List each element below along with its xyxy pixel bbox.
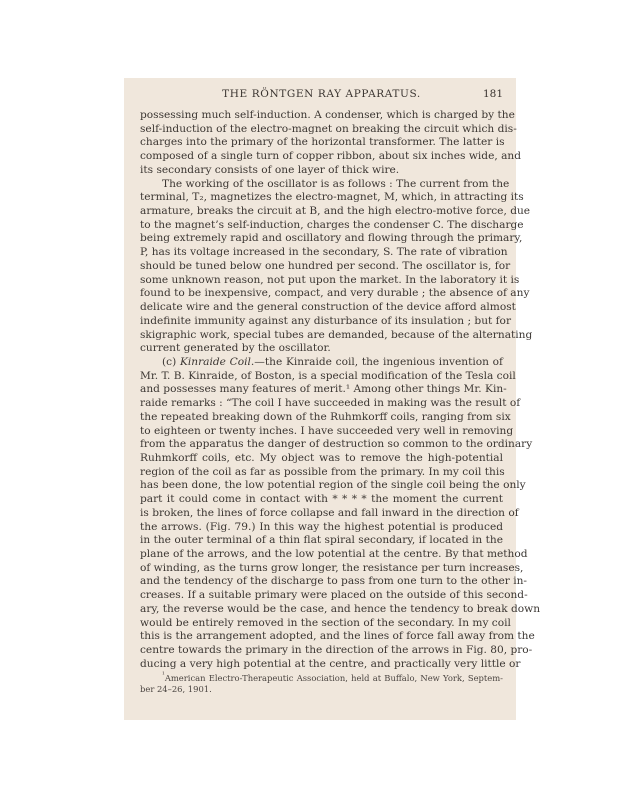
text-line: P, has its voltage increased in the seco… xyxy=(140,246,503,260)
text-line: has been done, the low potential region … xyxy=(140,479,503,493)
text-line: would be entirely removed in the section… xyxy=(140,617,503,631)
text-line: this is the arrangement adopted, and the… xyxy=(140,630,503,644)
text-line: composed of a single turn of copper ribb… xyxy=(140,150,503,164)
text-line: the Kinraide coil, the ingenious inventi… xyxy=(265,356,503,368)
text-line: plane of the arrows, and the low potenti… xyxy=(140,548,503,562)
text-line: found to be inexpensive, compact, and ve… xyxy=(140,287,503,301)
body-text: possessing much self-induction. A conden… xyxy=(140,109,503,671)
text-line: armature, breaks the circuit at B, and t… xyxy=(140,205,503,219)
text-line: part it could come in contact with * * *… xyxy=(140,493,503,507)
text-line: some unknown reason, not put upon the ma… xyxy=(140,274,503,288)
text-line: its secondary consists of one layer of t… xyxy=(140,164,503,178)
section-label: (c) xyxy=(162,356,176,368)
text-line: indefinite immunity against any disturba… xyxy=(140,315,503,329)
footnote-line: ber 24–26, 1901. xyxy=(140,684,503,698)
book-page: THE RÖNTGEN RAY APPARATUS. 181 possessin… xyxy=(124,78,516,720)
text-line: the repeated breaking down of the Ruhmko… xyxy=(140,411,503,425)
section-heading: Kinraide Coil. xyxy=(180,356,254,368)
text-line: The working of the oscillator is as foll… xyxy=(140,178,503,192)
running-title: THE RÖNTGEN RAY APPARATUS. xyxy=(140,88,503,100)
text-line: current generated by the oscillator. xyxy=(140,342,503,356)
text-line: Mr. T. B. Kinraide, of Boston, is a spec… xyxy=(140,370,503,384)
footnote: ¹American Electro-Therapeutic Associatio… xyxy=(140,670,503,697)
text-line: charges into the primary of the horizont… xyxy=(140,136,503,150)
em-dash: — xyxy=(254,356,265,368)
text-line: from the apparatus the danger of destruc… xyxy=(140,438,503,452)
running-header: THE RÖNTGEN RAY APPARATUS. 181 xyxy=(140,88,503,104)
text-line: raide remarks : “The coil I have succeed… xyxy=(140,397,503,411)
text-line: of winding, as the turns grow longer, th… xyxy=(140,562,503,576)
text-line: terminal, T₂, magnetizes the electro-mag… xyxy=(140,191,503,205)
text-line: region of the coil as far as possible fr… xyxy=(140,466,503,480)
text-line: possessing much self-induction. A conden… xyxy=(140,109,503,123)
text-line: centre towards the primary in the direct… xyxy=(140,644,503,658)
text-line: ary, the reverse would be the case, and … xyxy=(140,603,503,617)
section-heading-line: (c) Kinraide Coil.—the Kinraide coil, th… xyxy=(140,356,503,370)
text-line: and possesses many features of merit.¹ A… xyxy=(140,383,503,397)
text-line: self-induction of the electro-magnet on … xyxy=(140,123,503,137)
text-line: should be tuned below one hundred per se… xyxy=(140,260,503,274)
page-number: 181 xyxy=(483,88,503,100)
text-line: Ruhmkorff coils, etc. My object was to r… xyxy=(140,452,503,466)
footnote-line: ¹American Electro-Therapeutic Associatio… xyxy=(140,670,503,684)
text-line: the arrows. (Fig. 79.) In this way the h… xyxy=(140,521,503,535)
text-line: in the outer terminal of a thin flat spi… xyxy=(140,534,503,548)
text-line: to the magnet’s self-induction, charges … xyxy=(140,219,503,233)
text-line: delicate wire and the general constructi… xyxy=(140,301,503,315)
text-line: skigraphic work, special tubes are deman… xyxy=(140,329,503,343)
text-line: is broken, the lines of force collapse a… xyxy=(140,507,503,521)
text-line: and the tendency of the discharge to pas… xyxy=(140,575,503,589)
text-line: creases. If a suitable primary were plac… xyxy=(140,589,503,603)
text-line: being extremely rapid and oscillatory an… xyxy=(140,232,503,246)
text-line: to eighteen or twenty inches. I have suc… xyxy=(140,425,503,439)
